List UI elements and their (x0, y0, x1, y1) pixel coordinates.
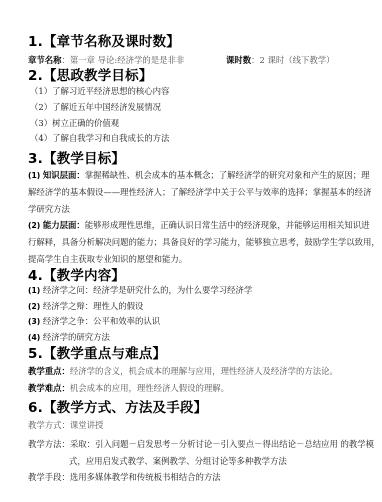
section-number: 3. (28, 151, 43, 167)
section-1-heading: 1.【章节名称及课时数】 (28, 34, 180, 50)
key-point-label: 教学重点： (28, 366, 70, 376)
knowledge-text-line: 学研究方法 (28, 204, 70, 215)
teaching-mode: 教学方式：课堂讲授 (28, 420, 103, 431)
section-title: 【教学内容】 (43, 268, 125, 284)
content-text: 经济学之辩：理性人的假设 (43, 301, 144, 311)
teaching-difficult-point: 教学难点：机会成本的应用，理性经济人假设的理解。 (28, 383, 229, 394)
chapter-name-line: 章节名称：第一章 导论:经济学的是是非非 (28, 55, 184, 66)
chapter-name-label: 章节名称 (28, 55, 62, 65)
section-number: 6. (28, 400, 43, 416)
teaching-method-line: 教学方法：采取：引入问题－启发思考－分析讨论－引入要点－得出结论－总结应用 的教… (28, 439, 374, 450)
teaching-method-line: 式，应用启发式教学、案例教学、分组讨论等多种教学方法 (69, 456, 287, 467)
content-index: (2) (28, 302, 40, 311)
knowledge-text: 掌握稀缺性、机会成本的基本概念；了解经济学的研究对象和产生的原因；理 (85, 170, 370, 180)
section-number: 4. (28, 268, 43, 284)
ideology-goal-item: （2）了解近五年中国经济发展情况 (30, 102, 161, 113)
content-text: 经济学的研究方法 (43, 332, 110, 342)
content-item: (1) 经济学之问：经济学是研究什么的，为什么要学习经济学 (28, 285, 252, 296)
section-5-heading: 5.【教学重点与难点】 (28, 346, 166, 362)
teaching-key-point: 教学重点：经济学的含义，机会成本的理解与应用，理性经济人及经济学的方法论。 (28, 366, 338, 377)
ability-text-line: 行解释，具备分析解决问题的能力；具备良好的学习能力，能够独立思考，鼓励学生学以致… (28, 237, 380, 248)
section-title: 【教学目标】 (43, 151, 125, 167)
ability-text-line: 提高学生自主获取专业知识的愿望和能力。 (28, 254, 187, 265)
difficult-point-text: 机会成本的应用，理性经济人假设的理解。 (70, 383, 229, 393)
ideology-goal-item: （3）树立正确的价值观 (30, 118, 119, 129)
ideology-goal-item: （1）了解习近平经济思想的核心内容 (30, 86, 169, 97)
content-item: (4) 经济学的研究方法 (28, 332, 110, 343)
section-title: 【章节名称及课时数】 (43, 34, 180, 50)
content-index: (3) (28, 317, 40, 326)
class-hours-value: ：2 课时（线下教学） (251, 55, 334, 65)
content-text: 经济学之争：公平和效率的认识 (43, 316, 160, 326)
content-item: (2) 经济学之辩：理性人的假设 (28, 301, 143, 312)
knowledge-text-line: 解经济学的基本假设——理性经济人；了解经济学中关于公平与效率的选择；掌握基本的经… (28, 187, 371, 198)
knowledge-goal-line: (1) 知识层面：掌握稀缺性、机会成本的基本概念；了解经济学的研究对象和产生的原… (28, 170, 370, 181)
section-number: 2. (28, 68, 43, 84)
section-4-heading: 4.【教学内容】 (28, 268, 125, 284)
chapter-name-value: ：第一章 导论:经济学的是是非非 (62, 55, 185, 65)
section-title: 【教学重点与难点】 (43, 346, 166, 362)
knowledge-label: 知识层面： (43, 170, 85, 180)
content-text: 经济学之问：经济学是研究什么的，为什么要学习经济学 (43, 285, 252, 295)
difficult-point-label: 教学难点： (28, 383, 70, 393)
ability-label: 能力层面： (43, 220, 85, 230)
content-item: (3) 经济学之争：公平和效率的认识 (28, 316, 160, 327)
ability-index: (2) (28, 221, 40, 230)
ability-goal-line: (2) 能力层面：能够形成理性思维，正确认识日常生活中的经济现象，并能够运用相关… (28, 220, 370, 231)
section-number: 5. (28, 346, 43, 362)
knowledge-index: (1) (28, 171, 40, 180)
class-hours-line: 课时数：2 课时（线下教学） (226, 55, 335, 66)
ideology-goal-item: （4）了解自我学习和自我成长的方法 (30, 133, 169, 144)
ability-text: 能够形成理性思维，正确认识日常生活中的经济现象，并能够运用相关知识进 (85, 220, 370, 230)
section-3-heading: 3.【教学目标】 (28, 151, 125, 167)
teaching-means: 教学手段：选用多媒体教学和传统板书相结合的方法 (28, 472, 221, 483)
section-6-heading: 6.【教学方式、方法及手段】 (28, 400, 207, 416)
content-index: (4) (28, 333, 40, 342)
content-index: (1) (28, 286, 40, 295)
class-hours-label: 课时数 (226, 55, 251, 65)
document-page: 1.【章节名称及课时数】 章节名称：第一章 导论:经济学的是是非非 课时数：2 … (0, 0, 382, 502)
key-point-text: 经济学的含义，机会成本的理解与应用，理性经济人及经济学的方法论。 (70, 366, 338, 376)
section-number: 1. (28, 34, 43, 50)
section-2-heading: 2.【思政教学目标】 (28, 68, 153, 84)
section-title: 【思政教学目标】 (43, 68, 153, 84)
section-title: 【教学方式、方法及手段】 (43, 400, 207, 416)
